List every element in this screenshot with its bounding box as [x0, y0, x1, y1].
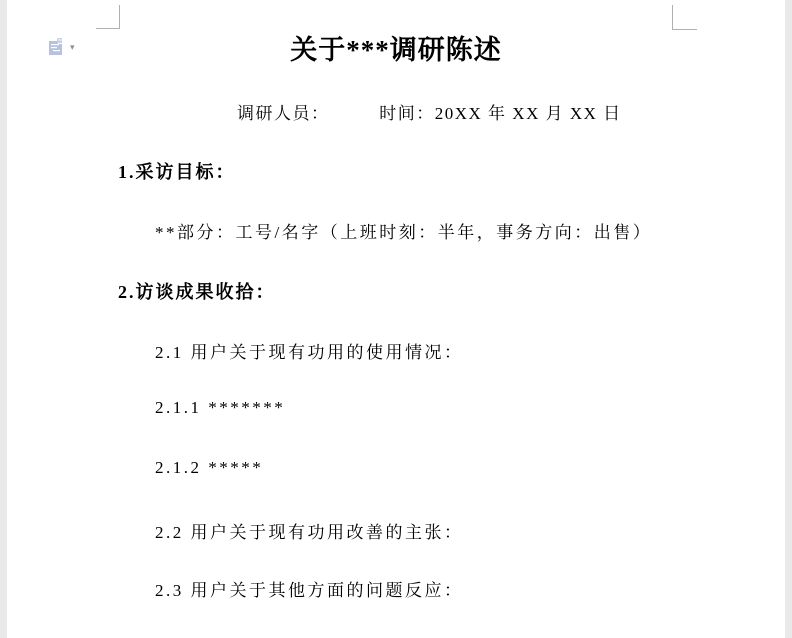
document-page: ▾ 关于***调研陈述 调研人员： 时间：20XX 年 XX 月 XX 日 1.…	[0, 0, 792, 638]
window-edge-right	[785, 0, 792, 638]
section-2-item-2: 2.1.1 *******	[155, 398, 285, 418]
section-2-item-4: 2.2 用户关于现有功用改善的主张：	[155, 518, 464, 543]
section-1-item: **部分：工号/名字（上班时刻：半年，事务方向：出售）	[155, 218, 652, 243]
document-title: 关于***调研陈述	[0, 28, 792, 67]
margin-crop-mark-top-left-vertical	[119, 5, 120, 29]
date-label: 时间：20XX 年 XX 月 XX 日	[379, 104, 621, 123]
section-1-heading: 1.采访目标：	[118, 158, 236, 184]
section-2-heading: 2.访谈成果收拾：	[118, 278, 276, 304]
section-2-item-1: 2.1 用户关于现有功用的使用情况：	[155, 338, 464, 363]
meta-line: 调研人员： 时间：20XX 年 XX 月 XX 日	[237, 99, 622, 124]
window-edge-left	[0, 0, 7, 638]
margin-crop-mark-top-right-vertical	[672, 5, 673, 30]
researchers-label: 调研人员：	[237, 104, 330, 123]
section-2-item-5: 2.3 用户关于其他方面的问题反应：	[155, 576, 464, 601]
section-2-item-3: 2.1.2 *****	[155, 458, 263, 478]
